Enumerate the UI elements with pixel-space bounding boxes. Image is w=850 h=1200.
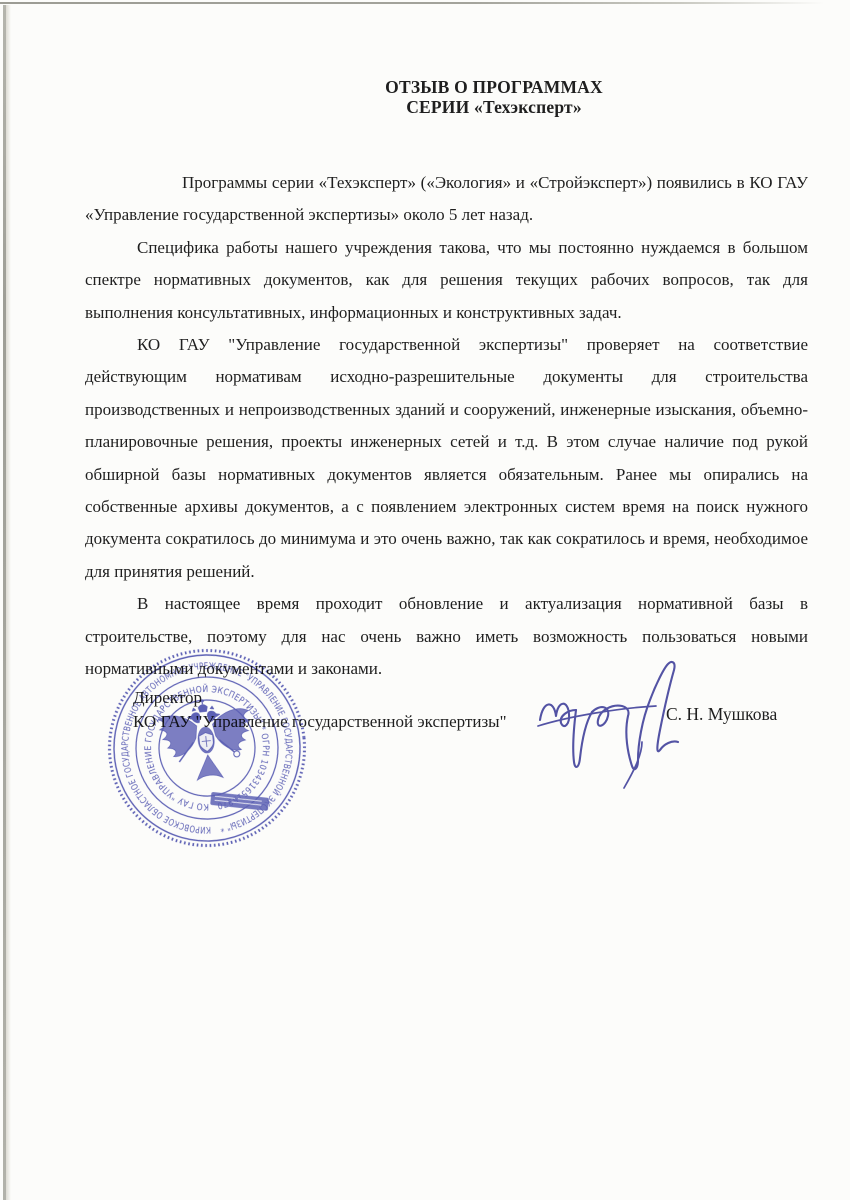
scan-edge-left-shadow xyxy=(6,5,11,1200)
official-stamp: КИРОВСКОЕ ОБЛАСТНОЕ ГОСУДАРСТВЕННОЕ АВТО… xyxy=(92,633,323,864)
title-line-2: СЕРИИ «Техэксперт» xyxy=(406,97,582,117)
stamp-seal-icon: КИРОВСКОЕ ОБЛАСТНОЕ ГОСУДАРСТВЕННОЕ АВТО… xyxy=(92,633,323,864)
document-page: ОТЗЫВ О ПРОГРАММАХСЕРИИ «Техэксперт» Про… xyxy=(0,0,850,1200)
document-title: ОТЗЫВ О ПРОГРАММАХСЕРИИ «Техэксперт» xyxy=(138,77,850,117)
document-body: Программы серии «Техэксперт» («Экология»… xyxy=(85,167,808,686)
scan-edge-top xyxy=(0,2,850,4)
signature-ink-icon xyxy=(530,650,705,795)
body-paragraph-1: Программы серии «Техэксперт» («Экология»… xyxy=(85,167,808,232)
body-paragraph-3: КО ГАУ "Управление государственной экспе… xyxy=(85,329,808,588)
handwritten-signature xyxy=(530,650,705,795)
body-paragraph-2: Специфика работы нашего учреждения таков… xyxy=(85,232,808,329)
title-line-1: ОТЗЫВ О ПРОГРАММАХ xyxy=(385,77,603,97)
